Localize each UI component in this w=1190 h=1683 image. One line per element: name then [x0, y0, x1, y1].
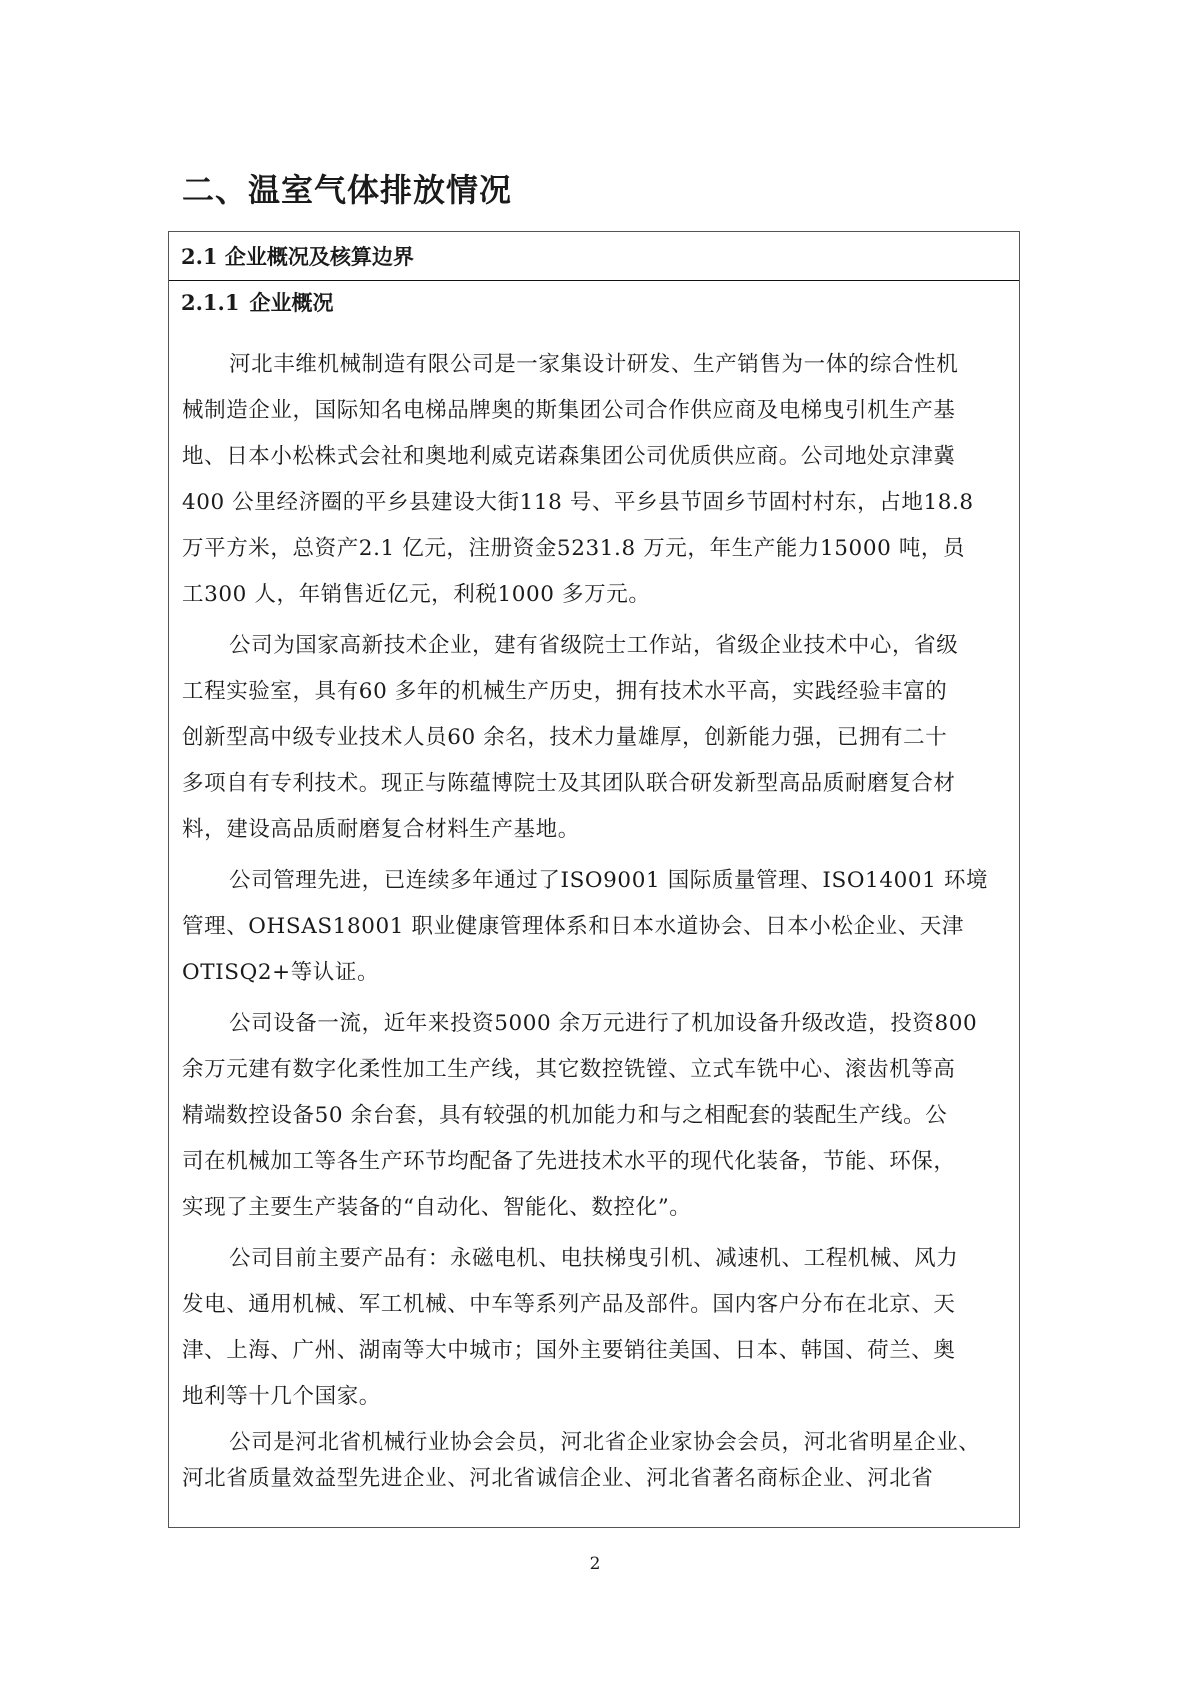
text-line: 管理、OHSAS18001 职业健康管理体系和日本水道协会、日本小松企业、天津	[182, 904, 1012, 950]
content-table: 2.1 企业概况及核算边界 2.1.1企业概况 河北丰维机械制造有限公司是一家集…	[168, 231, 1020, 1528]
section-title: 2.1 企业概况及核算边界	[181, 243, 414, 271]
paragraph-products: 公司目前主要产品有：永磁电机、电扶梯曳引机、减速机、工程机械、风力 发电、通用机…	[182, 1236, 1012, 1420]
text-line: 地、日本小松株式会社和奥地利威克诺森集团公司优质供应商。公司地处京津冀	[182, 434, 1012, 480]
text-line: 公司设备一流，近年来投资5000 余万元进行了机加设备升级改造，投资800	[182, 1001, 1012, 1047]
paragraph-technology: 公司为国家高新技术企业，建有省级院士工作站，省级企业技术中心，省级 工程实验室，…	[182, 623, 1012, 853]
text-line: 津、上海、广州、湖南等大中城市；国外主要销往美国、日本、韩国、荷兰、奥	[182, 1328, 1012, 1374]
text-line: 精端数控设备50 余台套，具有较强的机加能力和与之相配套的装配生产线。公	[182, 1093, 1012, 1139]
text-line: 400 公里经济圈的平乡县建设大街118 号、平乡县节固乡节固村村东，占地18.…	[182, 480, 1012, 526]
text-line: 发电、通用机械、军工机械、中车等系列产品及部件。国内客户分布在北京、天	[182, 1282, 1012, 1328]
text-line: 公司目前主要产品有：永磁电机、电扶梯曳引机、减速机、工程机械、风力	[182, 1236, 1012, 1282]
text-line: 河北省质量效益型先进企业、河北省诚信企业、河北省著名商标企业、河北省	[182, 1461, 1012, 1497]
text-line: 公司为国家高新技术企业，建有省级院士工作站，省级企业技术中心，省级	[182, 623, 1012, 669]
text-line: 工程实验室，具有60 多年的机械生产历史，拥有技术水平高，实践经验丰富的	[182, 669, 1012, 715]
text-line: 公司是河北省机械行业协会会员，河北省企业家协会会员，河北省明星企业、	[182, 1425, 1012, 1461]
text-line: 械制造企业，国际知名电梯品牌奥的斯集团公司合作供应商及电梯曳引机生产基	[182, 388, 1012, 434]
chapter-title: 二、温室气体排放情况	[182, 168, 512, 212]
text-line: 创新型高中级专业技术人员60 余名，技术力量雄厚，创新能力强，已拥有二十	[182, 715, 1012, 761]
text-line: 实现了主要生产装备的“自动化、智能化、数控化”。	[182, 1185, 1012, 1231]
paragraph-intro: 河北丰维机械制造有限公司是一家集设计研发、生产销售为一体的综合性机 械制造企业，…	[182, 342, 1012, 618]
body-text: 河北丰维机械制造有限公司是一家集设计研发、生产销售为一体的综合性机 械制造企业，…	[182, 342, 1012, 1502]
text-line: 河北丰维机械制造有限公司是一家集设计研发、生产销售为一体的综合性机	[182, 342, 1012, 388]
subsection-number: 2.1.1	[181, 290, 239, 315]
text-line: 多项自有专利技术。现正与陈蕴博院士及其团队联合研发新型高品质耐磨复合材	[182, 761, 1012, 807]
paragraph-equipment: 公司设备一流，近年来投资5000 余万元进行了机加设备升级改造，投资800 余万…	[182, 1001, 1012, 1231]
text-line: 公司管理先进，已连续多年通过了ISO9001 国际质量管理、ISO14001 环…	[182, 858, 1012, 904]
text-line: OTISQ2+等认证。	[182, 950, 1012, 996]
page-number: 2	[0, 1552, 1190, 1576]
section-header-row: 2.1 企业概况及核算边界	[169, 232, 1019, 281]
text-line: 地利等十几个国家。	[182, 1374, 1012, 1420]
text-line: 料，建设高品质耐磨复合材料生产基地。	[182, 807, 1012, 853]
paragraph-management: 公司管理先进，已连续多年通过了ISO9001 国际质量管理、ISO14001 环…	[182, 858, 1012, 996]
subsection-title: 企业概况	[249, 290, 333, 315]
text-line: 司在机械加工等各生产环节均配备了先进技术水平的现代化装备，节能、环保，	[182, 1139, 1012, 1185]
text-line: 工300 人，年销售近亿元，利税1000 多万元。	[182, 572, 1012, 618]
text-line: 余万元建有数字化柔性加工生产线，其它数控铣镗、立式车铣中心、滚齿机等高	[182, 1047, 1012, 1093]
paragraph-honors: 公司是河北省机械行业协会会员，河北省企业家协会会员，河北省明星企业、 河北省质量…	[182, 1425, 1012, 1497]
text-line: 万平方米，总资产2.1 亿元，注册资金5231.8 万元，年生产能力15000 …	[182, 526, 1012, 572]
subsection-heading: 2.1.1企业概况	[181, 289, 333, 317]
